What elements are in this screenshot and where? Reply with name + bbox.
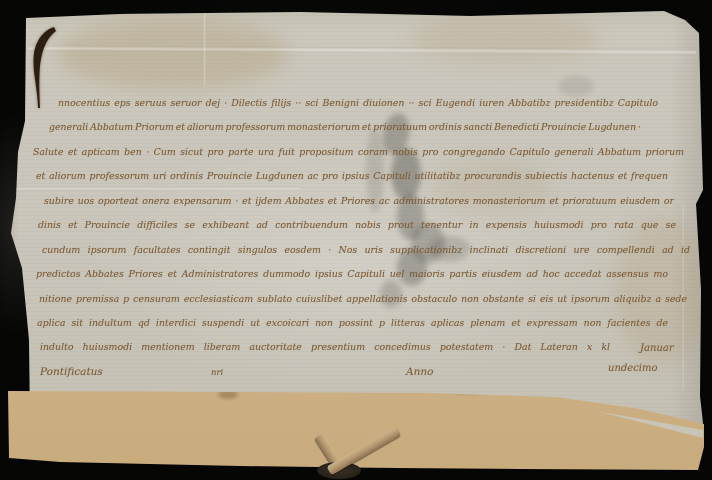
dateline-anno: Anno [406,366,433,378]
manuscript-line: aplica sit indultum qd interdici suspend… [37,317,668,332]
fold-crease [202,13,207,85]
parchment-stain-tint [410,14,600,62]
dateline-year: undecimo [608,363,658,374]
dateline-month: Januar [640,343,674,354]
manuscript-line: predictos Abbates Priores et Administrat… [36,268,668,283]
fold-crease [0,186,300,191]
manuscript-line: nitione premissa p censuram ecclesiastic… [39,293,687,308]
dateline-pontificatus: Pontificatus [40,366,103,378]
manuscript-line: et aliorum professorum uri ordinis Proui… [36,170,668,185]
manuscript-line: dinis et Prouincie difficiles se exhibea… [38,219,676,234]
manuscript-line: generali Abbatum Priorum et aliorum prof… [49,121,641,136]
faint-smudge [558,76,594,96]
manuscript-line: indulto huiusmodi mentionem liberam auct… [40,341,610,356]
initial-letter-icon [28,26,62,110]
manuscript-line: nnocentius eps seruus seruor dej · Dilec… [58,97,658,112]
manuscript-line: Salute et apticam ben · Cum sicut pro pa… [33,146,684,161]
manuscript-line: cundum ipsorum facultates contingit sing… [42,244,690,259]
dateline-abbrev: nri [211,368,223,378]
manuscript-line: subire uos oporteat onera expensarum · e… [44,195,674,210]
photo-backdrop: nnocentius eps seruus seruor dej · Dilec… [0,0,712,480]
parchment-stain-tint [58,18,288,90]
